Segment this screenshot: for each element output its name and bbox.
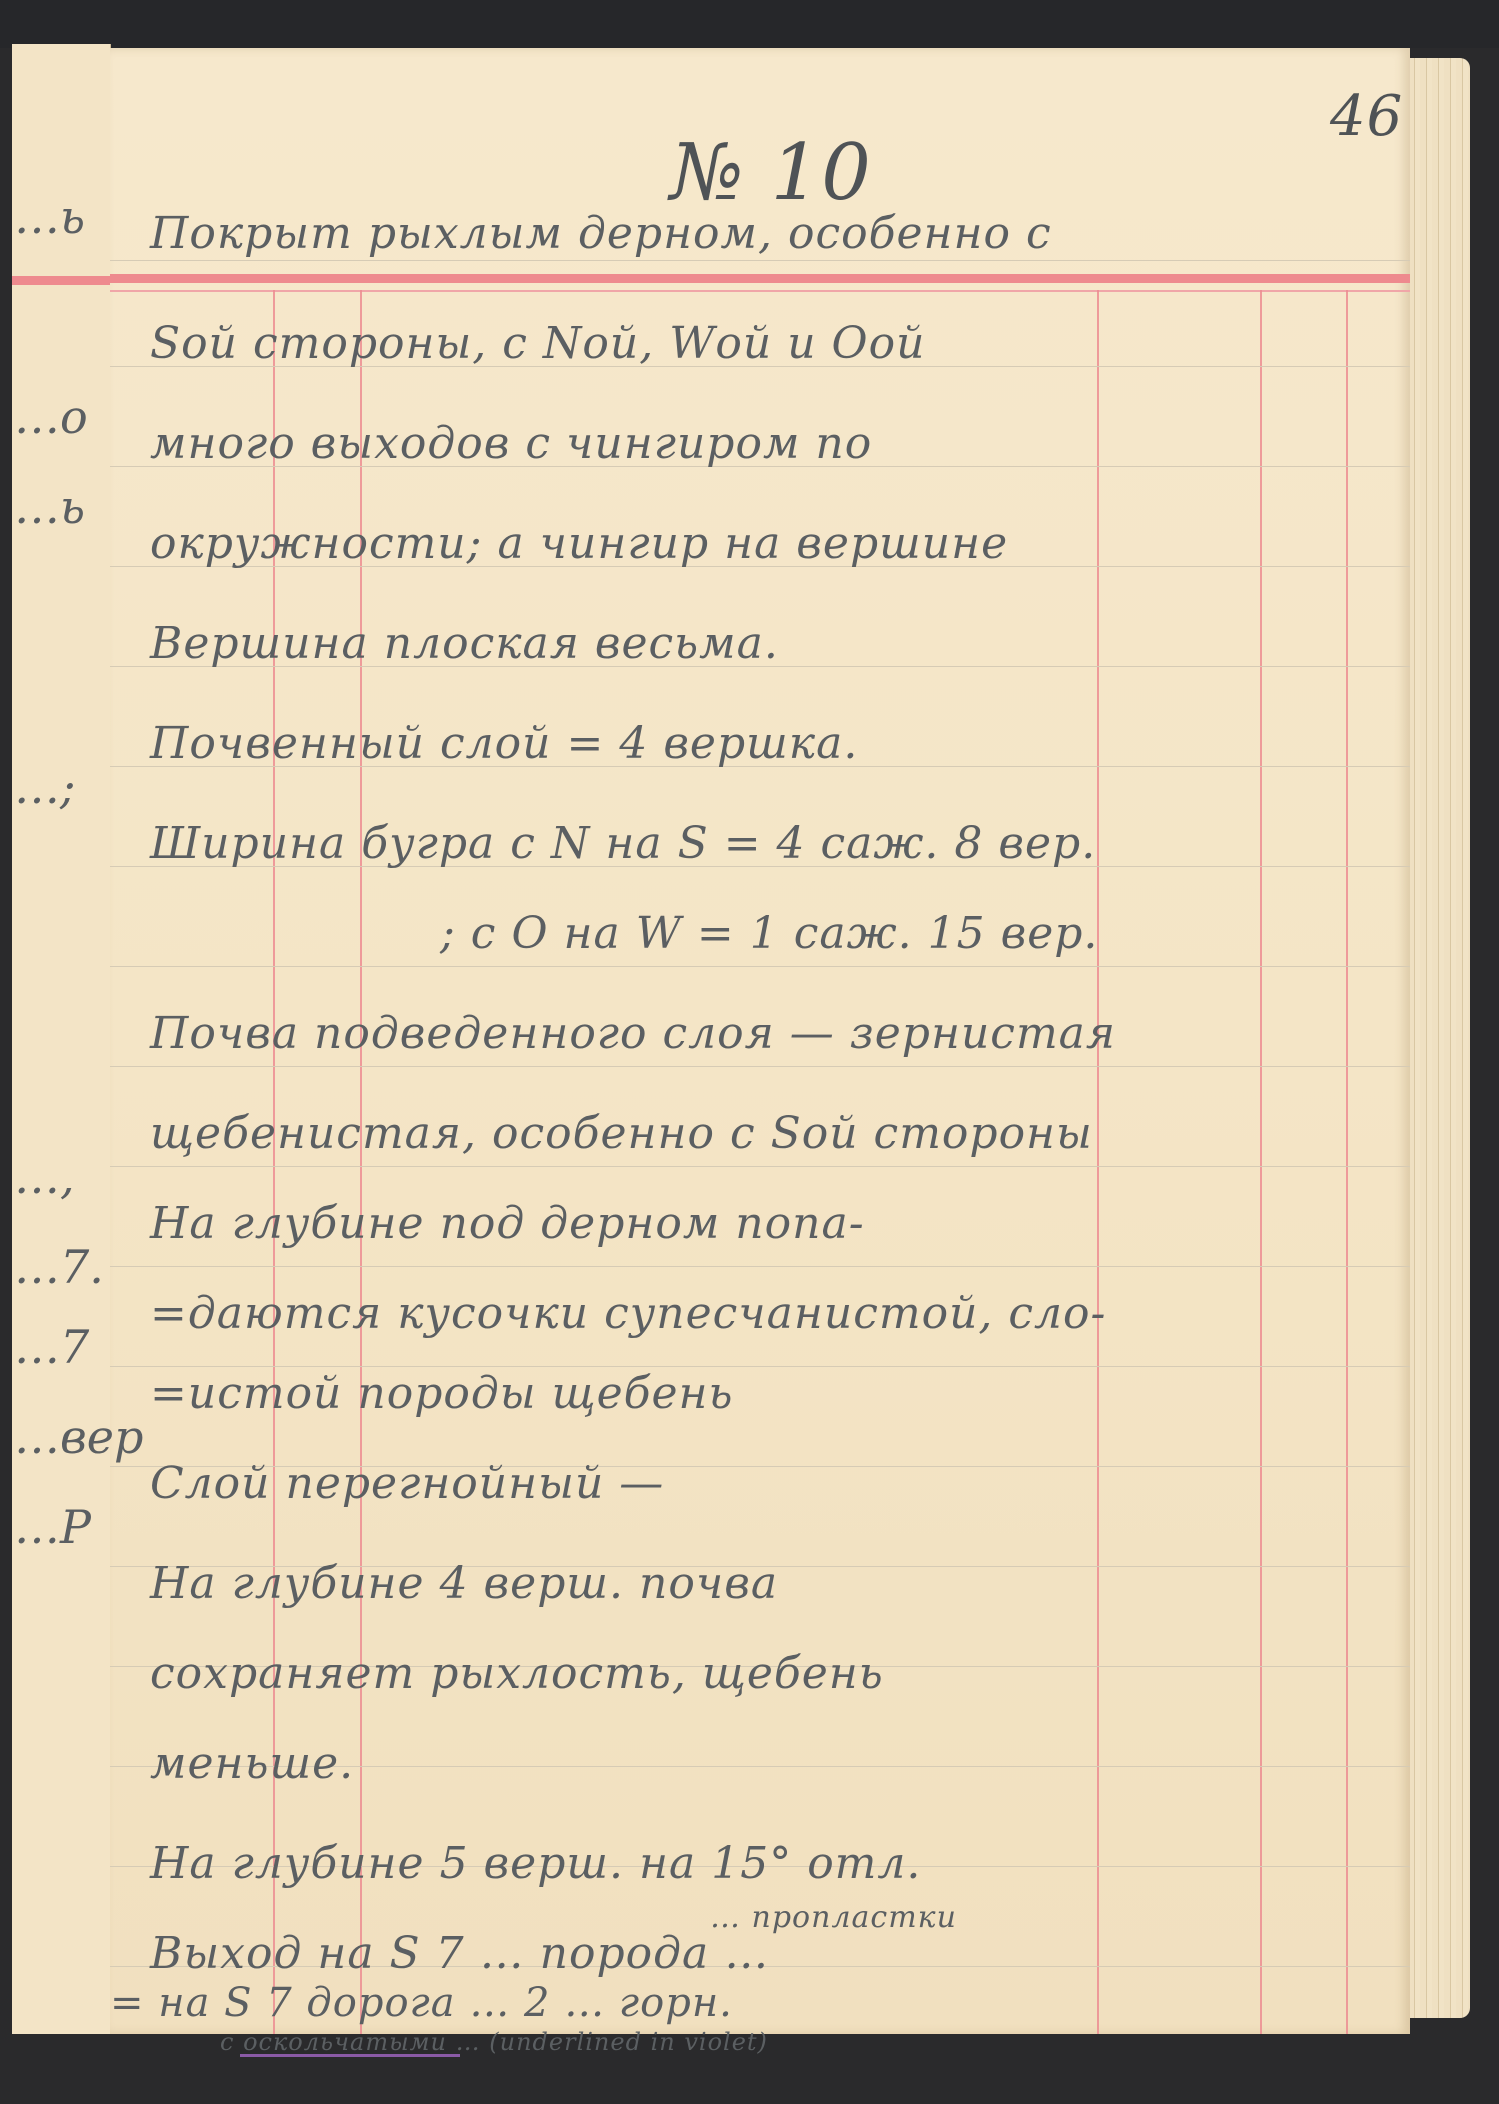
scan-background [0,0,1499,48]
entry-number: № 10 [670,128,872,218]
text-line: сохраняет рыхлость, щебень [150,1648,884,1699]
left-page-fragment: …вер [14,1410,143,1464]
header-red-rule-thin [110,290,1410,292]
column-rule [1260,290,1262,2034]
notebook-page: 46 № 10 Покрыт рыхлым дерном, особенно с… [110,48,1410,2034]
left-page-fragment: …ь [14,480,85,534]
text-line: = на S 7 дорога … 2 … горн. [110,1980,733,2026]
left-page-edge [12,44,111,2034]
text-line: меньше. [150,1738,354,1789]
ruled-line [110,260,1410,261]
text-line: Почвенный слой = 4 вершка. [150,718,858,769]
text-line: На глубине 5 верш. на 15° отл. [150,1838,921,1889]
left-page-fragment: …; [14,760,76,814]
ruled-line [110,1166,1410,1167]
text-line: окружности; а чингир на вершине [150,518,1008,569]
ruled-line [110,1366,1410,1367]
text-line: На глубине 4 верш. почва [150,1558,778,1609]
text-line: Sой стороны, с Nой, Wой и Oой [150,318,925,369]
header-red-rule [110,274,1410,283]
column-rule [1346,290,1348,2034]
text-line: ; с O на W = 1 саж. 15 вер. [440,908,1098,959]
text-line: Выход на S 7 … порода … [150,1928,769,1979]
text-line: щебенистая, особенно с Sой стороны [150,1108,1093,1159]
text-line: Почва подведенного слоя — зернистая [150,1008,1116,1059]
text-line: много выходов с чингиром по [150,418,872,469]
left-page-fragment: …о [14,390,88,444]
text-line: =даются кусочки супесчанистой, сло- [150,1288,1106,1339]
footnote: с оскольчатыми … (underlined in violet) [220,2028,768,2056]
page-stack-edge [1408,58,1470,2018]
ruled-line [110,1266,1410,1267]
page-number: 46 [1330,84,1403,149]
ruled-line [110,966,1410,967]
left-page-fragment: …7. [14,1240,104,1294]
text-line: Слой перегнойный — [150,1458,664,1509]
violet-underline [240,2054,460,2057]
text-line: Вершина плоская весьма. [150,618,779,669]
text-line: На глубине под дерном попа- [150,1198,865,1249]
left-page-fragment: …, [14,1150,75,1204]
column-rule [1097,290,1099,2034]
left-page-fragment: …Р [14,1500,91,1554]
left-page-fragment: …7 [14,1320,89,1374]
text-line: Ширина бугра с N на S = 4 саж. 8 вер. [150,818,1096,869]
left-page-red-rule [12,276,110,285]
left-page-fragment: …ь [14,190,85,244]
ruled-line [110,1066,1410,1067]
text-line: =истой породы щебень [150,1368,734,1419]
text-line: Покрыт рыхлым дерном, особенно с [150,208,1052,259]
